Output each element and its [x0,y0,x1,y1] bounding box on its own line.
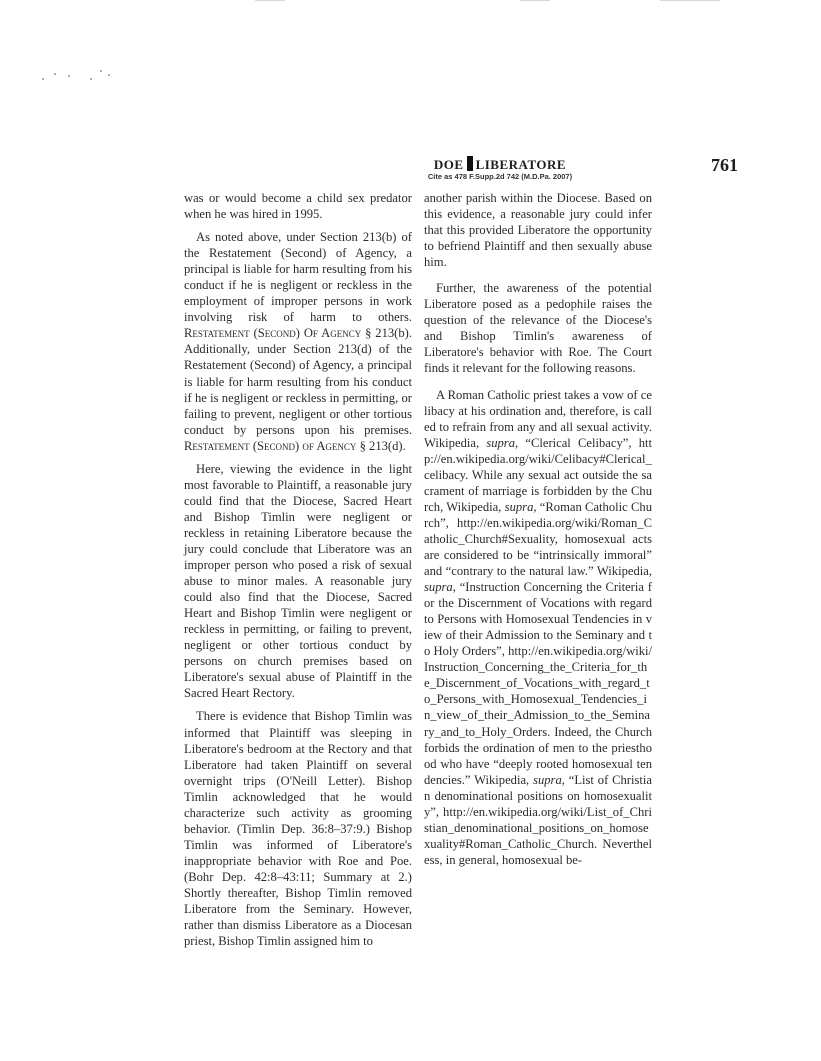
scan-edge-line [255,0,285,1]
paragraph: was or would become a child sex predator… [184,190,412,222]
paragraph: There is evidence that Bishop Timlin was… [184,708,412,949]
scan-edge-line [520,0,550,1]
paragraph-text: As noted above, under Section 213(b) of … [184,230,412,324]
left-column: was or would become a child sex predator… [184,190,412,956]
paragraph: Further, the awareness of the potential … [424,280,652,376]
running-header: DOELIBERATORE Cite as 478 F.Supp.2d 742 … [340,156,660,182]
page-number: 761 [711,155,738,176]
citation-line: Cite as 478 F.Supp.2d 742 (M.D.Pa. 2007) [340,172,660,182]
paragraph: Here, viewing the evidence in the light … [184,461,412,702]
citation-restatement: Restatement (Second) of Agency [184,439,356,453]
paragraph: As noted above, under Section 213(b) of … [184,229,412,454]
supra-italic: supra, [486,436,518,450]
supra-italic: supra, [505,500,537,514]
case-title: DOELIBERATORE [340,156,660,172]
paragraph: another parish within the Diocese. Based… [424,190,652,270]
paragraph-text: “Instruction Concerning the Criteria for… [424,580,652,787]
paragraph-text: § 213(d). [360,439,406,453]
supra-italic: supra, [533,773,565,787]
case-title-right: LIBERATORE [476,157,567,172]
paragraph-text: § 213(b). Additionally, under Section 21… [184,326,412,436]
scan-edge-line [660,0,720,1]
supra-italic: supra, [424,580,456,594]
citation-restatement: Restatement (Second) Of Agency [184,326,361,340]
redaction-bar [467,156,473,171]
case-title-left: DOE [434,157,464,172]
right-column: another parish within the Diocese. Based… [424,190,652,875]
paragraph: A Roman Catholic priest takes a vow of c… [424,387,652,868]
document-page: DOELIBERATORE Cite as 478 F.Supp.2d 742 … [0,0,821,1061]
scan-specks [40,70,120,82]
